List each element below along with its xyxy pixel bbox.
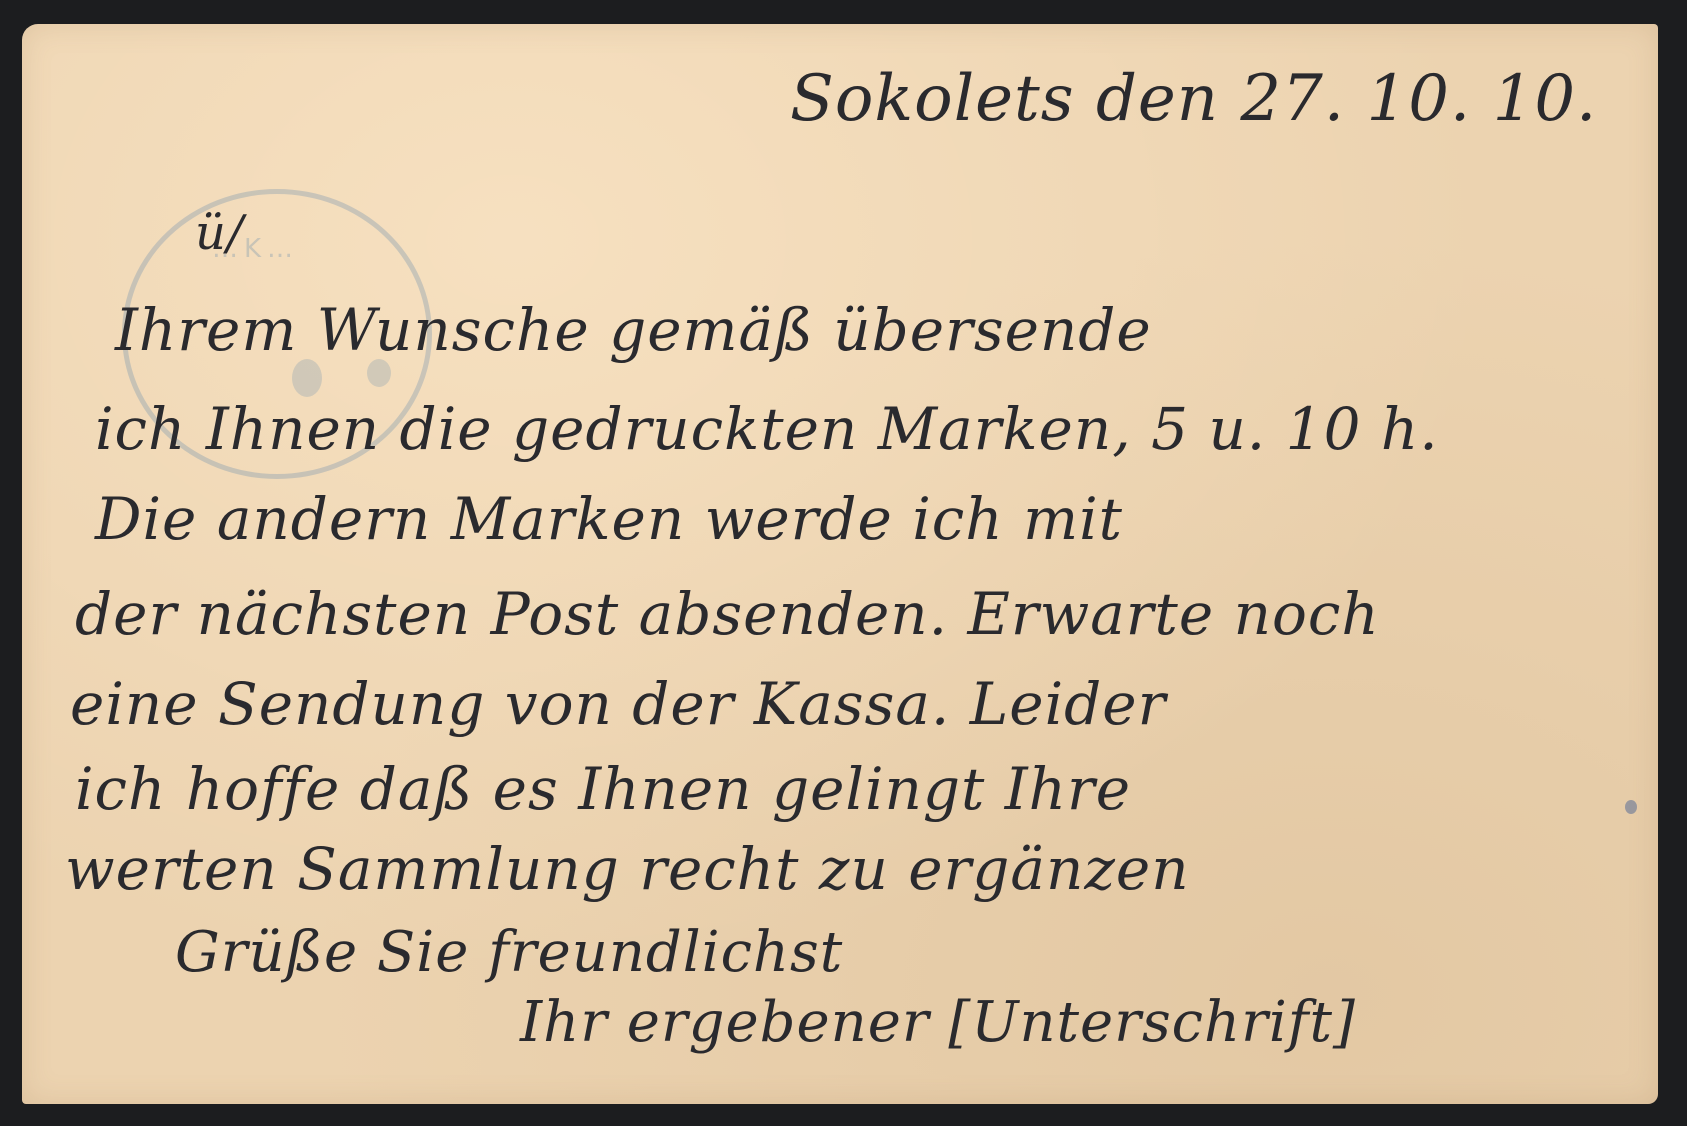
closing-line: Grüße Sie freundlichst (175, 920, 843, 985)
body-line: ich Ihnen die gedruckten Marken, 5 u. 10… (95, 395, 1439, 463)
body-line: Die andern Marken werde ich mit (95, 485, 1123, 553)
body-line: werten Sammlung recht zu ergänzen (65, 835, 1190, 903)
body-line: eine Sendung von der Kassa. Leider (70, 670, 1166, 738)
ink-smudge (292, 359, 322, 397)
body-line: ich hoffe daß es Ihnen gelingt Ihre (75, 755, 1131, 823)
body-line: Ihrem Wunsche gemäß übersende (115, 296, 1152, 364)
signature: Ihr ergebener [Unterschrift] (520, 990, 1356, 1055)
dateline: Sokolets den 27. 10. 10. (790, 62, 1597, 136)
body-line: der nächsten Post absenden. Erwarte noch (75, 580, 1380, 648)
ink-blot (1625, 800, 1637, 814)
salutation-mark: ü/ (195, 205, 244, 261)
